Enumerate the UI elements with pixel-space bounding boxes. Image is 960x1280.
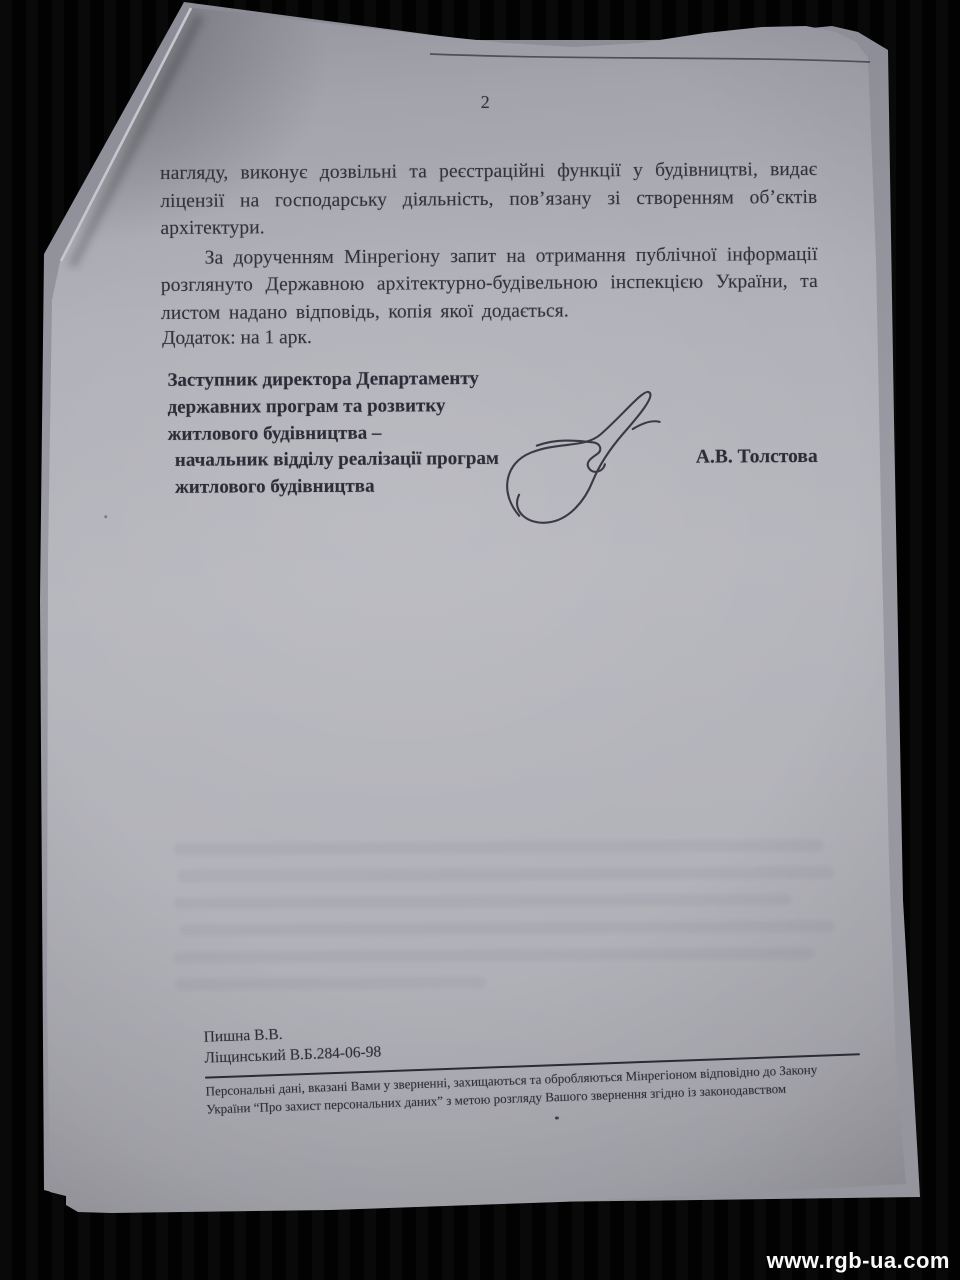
privacy-note: Персональні дані, вказані Вами у звернен… bbox=[205, 1059, 858, 1117]
body-text: нагляду, виконує дозвільні та реєстрацій… bbox=[160, 156, 818, 328]
photo-background: 2 нагляду, виконує дозвільні та реєстрац… bbox=[0, 0, 960, 1280]
handwritten-signature bbox=[496, 382, 669, 529]
paragraph: За дорученням Мінрегіону запит на отрима… bbox=[161, 241, 818, 328]
dust-speck bbox=[104, 515, 107, 518]
signer-name: А.В. Толстова bbox=[696, 446, 818, 469]
paragraph: нагляду, виконує дозвільні та реєстрацій… bbox=[160, 156, 817, 243]
watermark: www.rgb-ua.com bbox=[767, 1248, 950, 1274]
dust-speck bbox=[555, 1117, 559, 1120]
document-content: 2 нагляду, виконує дозвільні та реєстрац… bbox=[0, 0, 960, 1280]
bleed-through-text-ghost bbox=[173, 840, 842, 1006]
footer-block: Пишна В.В. Ліщинський В.Б.284-06-98 Перс… bbox=[203, 1004, 864, 1117]
document-page: 2 нагляду, виконує дозвільні та реєстрац… bbox=[0, 0, 960, 1280]
attachment-note: Додаток: на 1 арк. bbox=[162, 327, 312, 350]
page-number: 2 bbox=[481, 92, 490, 113]
